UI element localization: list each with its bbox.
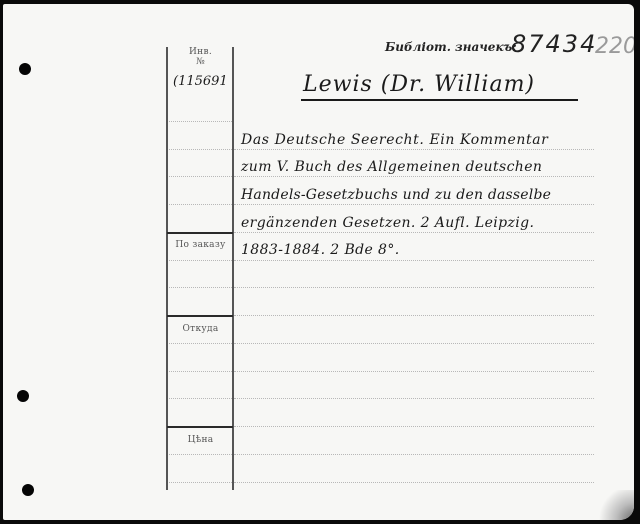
punch-hole-middle (17, 390, 29, 402)
section-divider-from-where (167, 315, 233, 317)
inventory-label-number-sign: № (169, 57, 232, 67)
inventory-label: Инв. № (169, 47, 232, 67)
ruled-line (234, 371, 594, 372)
ruled-line (169, 176, 232, 177)
ruled-line (169, 343, 232, 344)
punch-hole-top (19, 63, 31, 75)
description-line-3: Handels-Gesetzbuchs und zu den dasselbe (241, 187, 551, 203)
ruled-line (234, 149, 594, 150)
ruled-line (234, 315, 594, 316)
author-name: Lewis (Dr. William) (303, 72, 535, 97)
ruled-line (234, 454, 594, 455)
ruled-line (169, 204, 232, 205)
ruled-line (234, 287, 594, 288)
ruled-line (234, 260, 594, 261)
section-divider-by-order (167, 232, 233, 234)
library-mark-number: 87434 (511, 30, 597, 58)
left-column-border-left (166, 47, 168, 490)
ruled-line (234, 482, 594, 483)
ruled-line (169, 371, 232, 372)
field-label-price: Цѣна (169, 435, 232, 445)
ruled-line (169, 121, 232, 122)
ruled-line (169, 454, 232, 455)
author-underline (301, 99, 578, 101)
inventory-label-line1: Инв. (169, 47, 232, 57)
ruled-line (234, 426, 594, 427)
punch-hole-bottom (22, 484, 34, 496)
description-line-4: ergänzenden Gesetzen. 2 Aufl. Leipzig. (241, 215, 534, 231)
left-column-border-right (232, 47, 234, 490)
description-line-2: zum V. Buch des Allgemeinen deutschen (241, 159, 542, 175)
field-label-from-where: Откуда (169, 324, 232, 334)
ruled-line (169, 260, 232, 261)
ruled-line (234, 204, 594, 205)
ruled-line (234, 398, 594, 399)
catalog-card: Библіот. значекъ: 87434 220 Инв. № (1156… (3, 4, 634, 520)
section-divider-price (167, 426, 233, 428)
ruled-line (169, 482, 232, 483)
description-line-1: Das Deutsche Seerecht. Ein Kommentar (241, 132, 548, 148)
ruled-line (169, 398, 232, 399)
library-mark-pencil-number: 220 (595, 34, 634, 59)
description-line-5: 1883-1884. 2 Bde 8°. (241, 242, 400, 258)
ruled-line (234, 343, 594, 344)
inventory-number: (115691 (173, 74, 228, 89)
ruled-line (234, 176, 594, 177)
library-mark-label: Библіот. значекъ: (385, 40, 517, 54)
field-label-by-order: По заказу (169, 240, 232, 250)
ruled-line (234, 232, 594, 233)
ruled-line (169, 149, 232, 150)
ruled-line (169, 287, 232, 288)
